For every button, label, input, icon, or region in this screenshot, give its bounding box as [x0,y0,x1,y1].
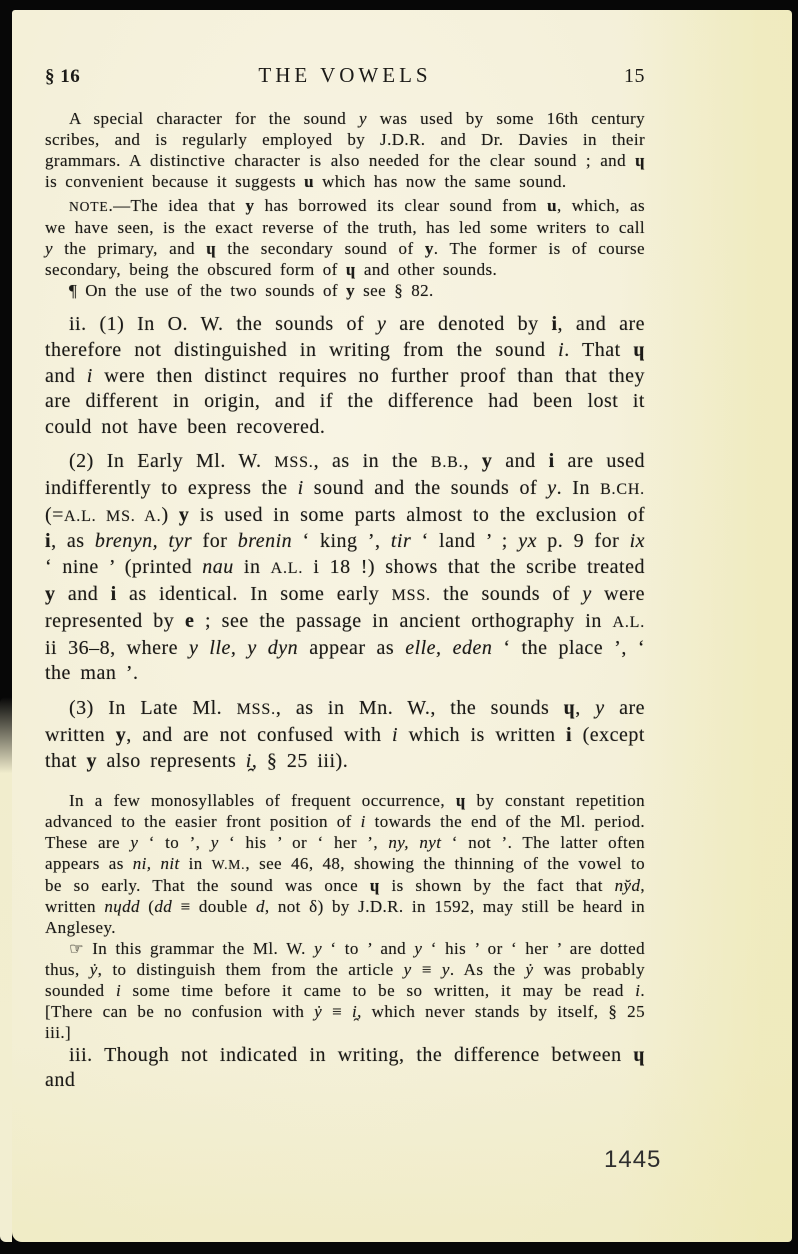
paragraph-pilcrow-crossref: ¶ On the use of the two sounds of y see … [45,280,645,301]
paragraph-iii-lead: iii. Though not indicated in writing, th… [45,1043,645,1095]
paragraph-ii-3: (3) In Late Ml. MSS., as in Mn. W., the … [45,696,645,774]
book-page: § 16 THE VOWELS 15 A special character f… [12,10,792,1242]
running-head: § 16 THE VOWELS 15 [45,63,645,88]
paragraph-hand-note: ☞ In this grammar the Ml. W. y ‘ to ’ an… [45,938,645,1043]
page-edge-shadow [0,697,12,1242]
paragraph-ii-1: ii. (1) In O. W. the sounds of y are den… [45,312,645,441]
scan-sequence-number: 1445 [604,1146,661,1174]
section-number: § 16 [45,66,175,88]
book-scan: § 16 THE VOWELS 15 A special character f… [0,0,798,1254]
page-number: 15 [515,65,645,88]
page-content: § 16 THE VOWELS 15 A special character f… [45,10,645,1094]
page-title: THE VOWELS [175,63,515,88]
paragraph-monosyllables: In a few monosyllables of frequent occur… [45,790,645,938]
paragraph-note: NOTE.—The idea that y has borrowed its c… [45,195,645,280]
paragraph-ii-2: (2) In Early Ml. W. MSS., as in the B.B.… [45,449,645,687]
paragraph-intro: A special character for the sound y was … [45,108,645,192]
